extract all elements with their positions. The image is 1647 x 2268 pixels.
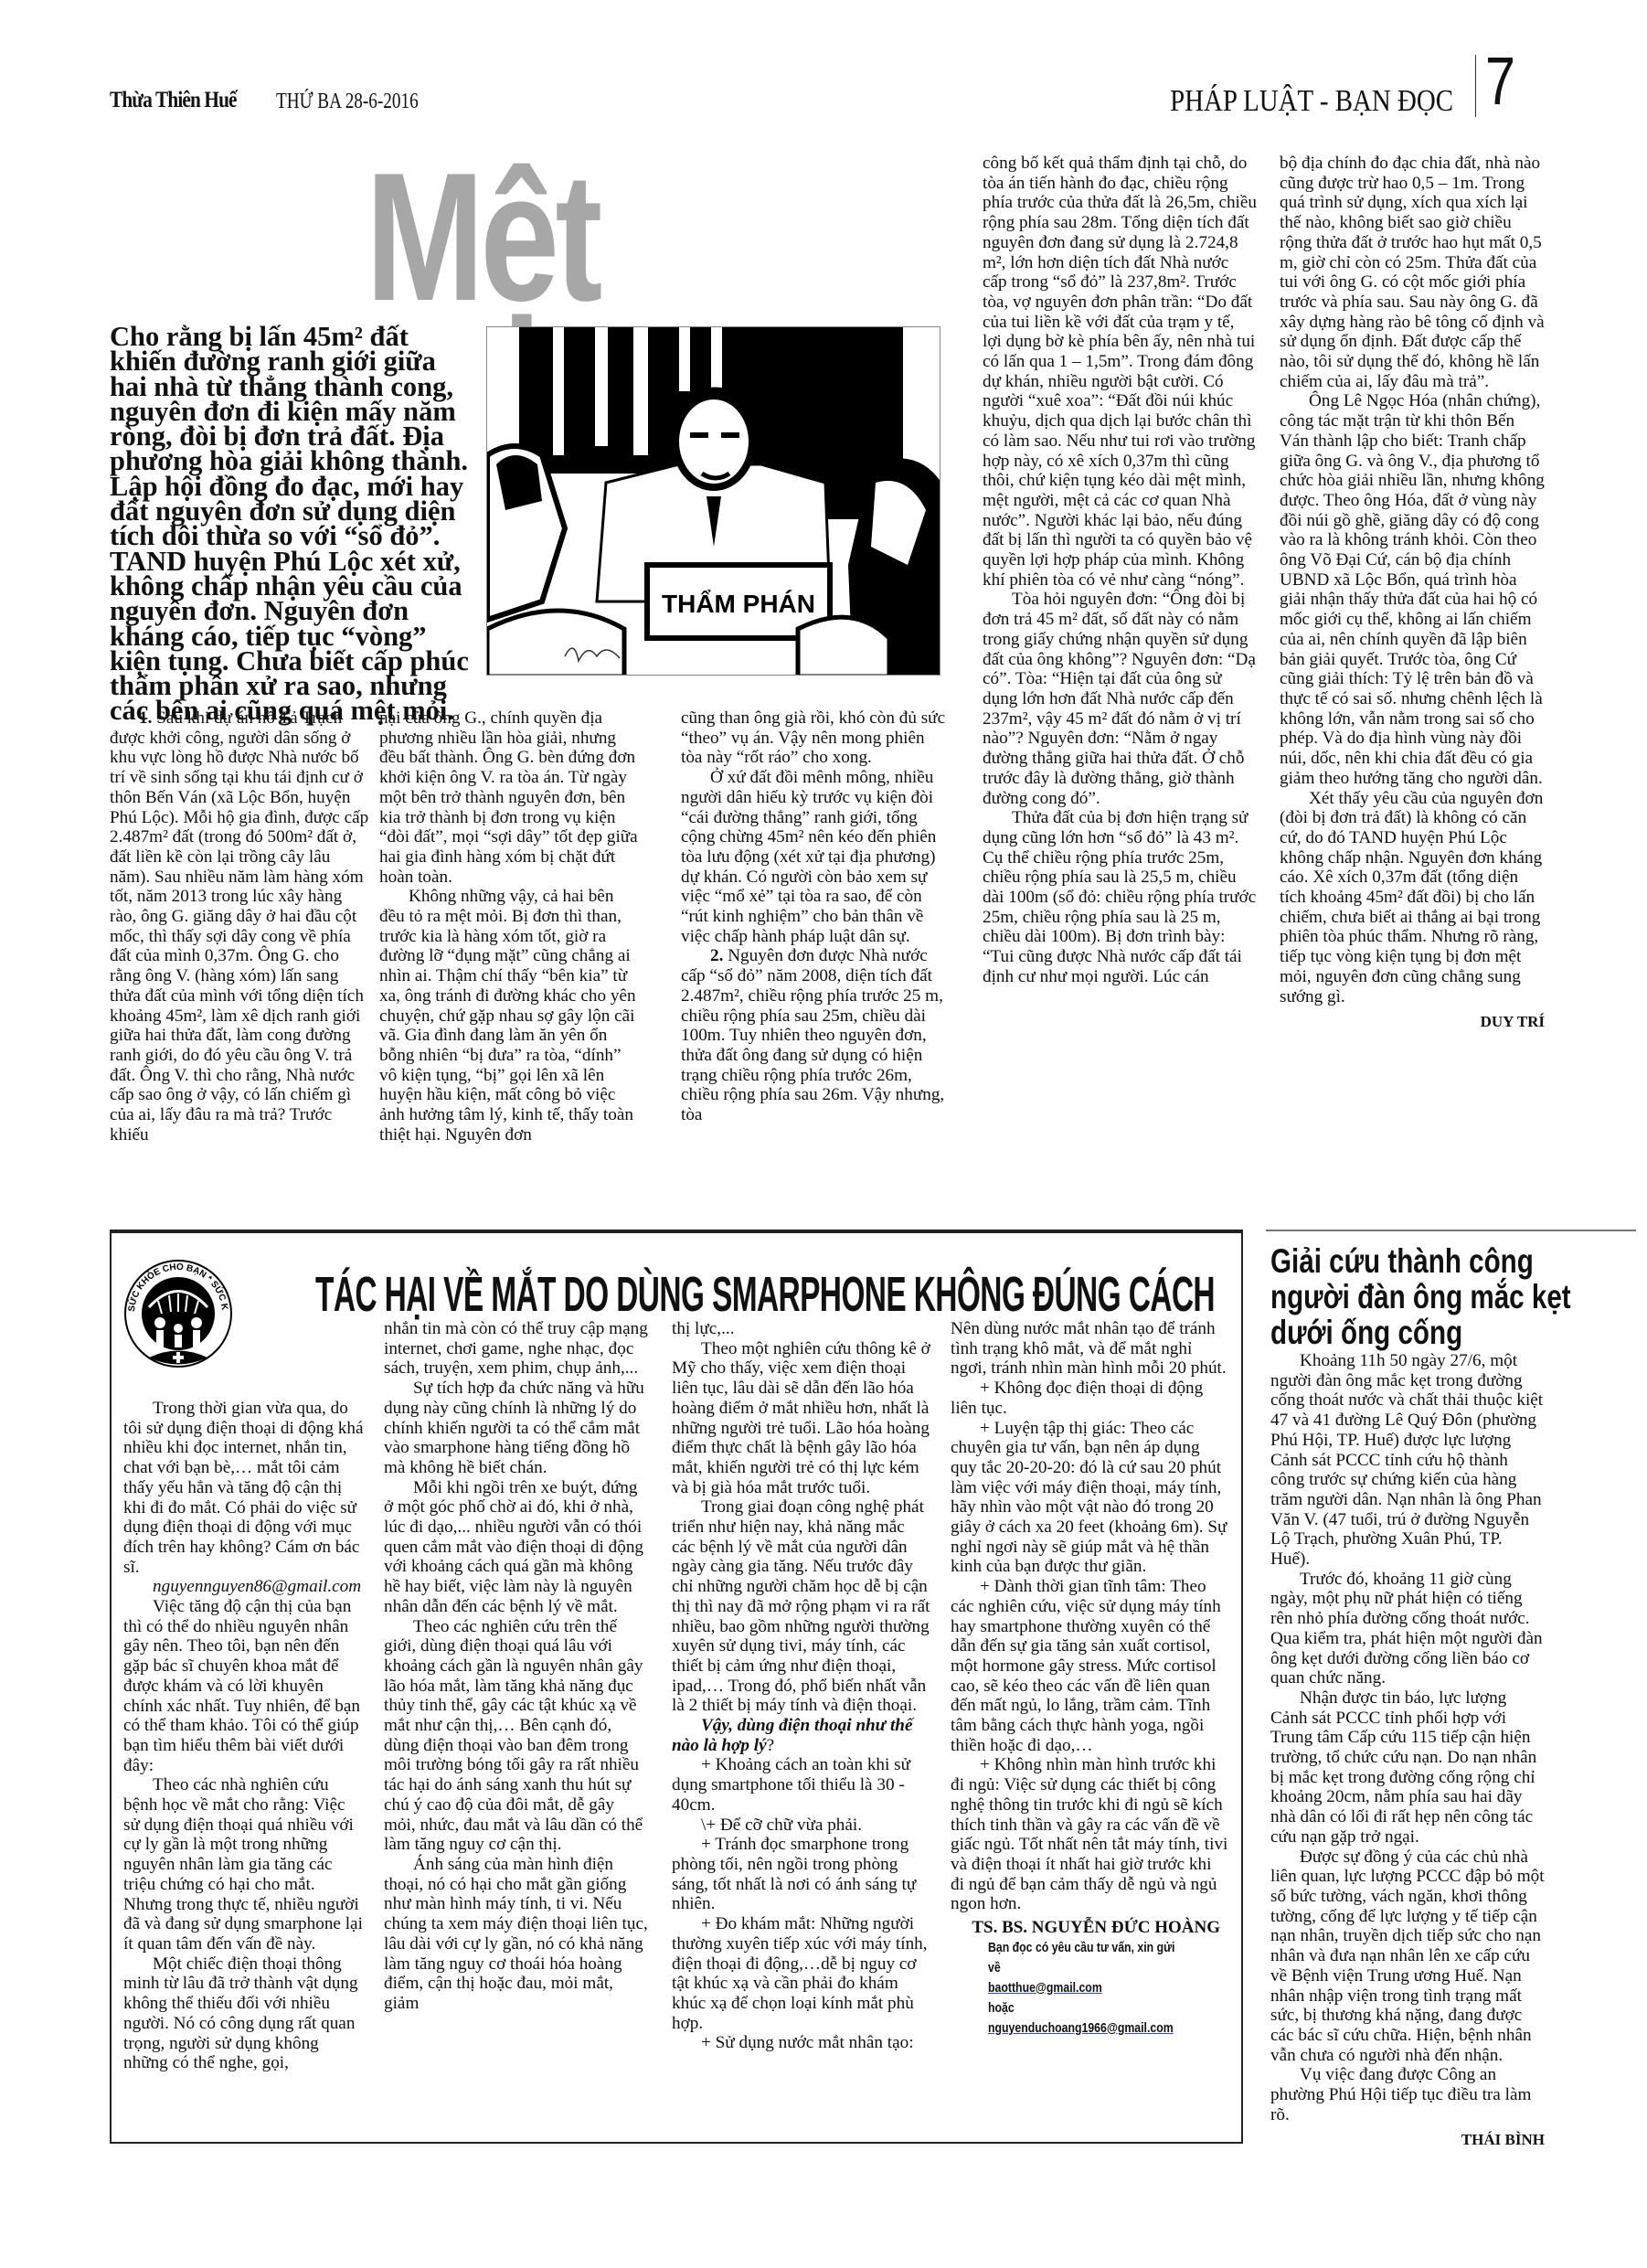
- newspaper-name: Thừa Thiên Huế: [110, 88, 237, 113]
- article-lead: Cho rằng bị lấn 45m² đất khiến đường ran…: [110, 325, 480, 724]
- article-paragraph: Trước đó, khoảng 11 giờ cùng ngày, một p…: [1270, 1570, 1545, 1688]
- article-paragraph: Được sự đồng ý của các chủ nhà liên quan…: [1270, 1847, 1545, 2066]
- health-column-1: Trong thời gian vừa qua, do tôi sử dụng …: [123, 1399, 366, 2073]
- health-column-4: Nên dùng nước mắt nhân tạo để tránh tình…: [951, 1319, 1229, 2039]
- page-number-divider: [1475, 55, 1476, 117]
- tip-item: \+ Để cỡ chữ vừa phải.: [672, 1815, 932, 1836]
- sidebar-author: THÁI BÌNH: [1270, 2130, 1545, 2150]
- article-paragraph: 2. Nguyên đơn được Nhà nước cấp “sổ đỏ” …: [681, 946, 946, 1124]
- court-illustration: THẨM PHÁN: [486, 326, 940, 676]
- tip-item: + Luyện tập thị giác: Theo các chuyên gi…: [951, 1419, 1229, 1578]
- page-number: 7: [1485, 48, 1515, 115]
- article-paragraph: nại của ông G., chính quyền địa phương n…: [379, 708, 640, 887]
- article-paragraph: Khoảng 11h 50 ngày 27/6, một người đàn ô…: [1270, 1351, 1545, 1570]
- tip-item: + Không nhìn màn hình trước khi đi ngủ: …: [951, 1755, 1229, 1914]
- contact-email-link[interactable]: baotthue@gmail.com: [988, 1978, 1179, 1998]
- article-paragraph: Tòa hỏi nguyên đơn: “Ông đòi bị đơn trả …: [983, 590, 1257, 808]
- article-paragraph: công bố kết quả thẩm định tại chỗ, do tò…: [983, 154, 1257, 590]
- sidebar-divider: [1266, 1230, 1636, 1231]
- article-paragraph: Thửa đất của bị đơn hiện trạng sử dụng c…: [983, 808, 1257, 986]
- family-health-logo-icon: SỨC KHỎE CHO BẠN * SỨC KHỎE CHO BẠN: [122, 1257, 236, 1371]
- answer-paragraph: thị lực,...: [672, 1319, 932, 1339]
- tips-heading: Vậy, dùng điện thoại như thế nào là hợp …: [672, 1716, 932, 1755]
- doctor-signature: TS. BS. NGUYỄN ĐỨC HOÀNG: [951, 1918, 1229, 1938]
- tip-item: Nên dùng nước mắt nhân tạo để tránh tình…: [951, 1319, 1229, 1379]
- article-paragraph: Xét thấy yêu cầu của nguyên đơn (đòi bị …: [1280, 789, 1545, 1007]
- article-column-1: 1. Sau khi dự án hồ Tả Trạch được khởi c…: [110, 708, 370, 1145]
- article-column-5: bộ địa chính đo đạc chia đất, nhà nào cũ…: [1280, 154, 1545, 1032]
- answer-paragraph: Việc tăng độ cận thị của bạn thì có thể …: [123, 1597, 366, 1775]
- answer-paragraph: Theo các nhà nghiên cứu bệnh học về mắt …: [123, 1775, 366, 1954]
- article-paragraph: 1. Sau khi dự án hồ Tả Trạch được khởi c…: [110, 708, 370, 1145]
- article-paragraph: cũng than ông già rồi, khó còn đủ sức “t…: [681, 708, 946, 768]
- health-column-logo: SỨC KHỎE CHO BẠN * SỨC KHỎE CHO BẠN: [122, 1257, 236, 1371]
- contact-info: Bạn đọc có yêu cầu tư vấn, xin gửi về ba…: [951, 1938, 1179, 2039]
- sidebar-article-title: Giải cứu thành công người đàn ông mắc kẹ…: [1270, 1243, 1563, 1350]
- health-article-title: TÁC HẠI VỀ MẮT DO DÙNG SMARPHONE KHÔNG Đ…: [315, 1266, 1215, 1323]
- contact-instruction: Bạn đọc có yêu cầu tư vấn, xin gửi về: [988, 1938, 1179, 1978]
- answer-paragraph: Theo các nghiên cứu trên thế giới, dùng …: [384, 1617, 649, 1855]
- article-author: DUY TRÍ: [1280, 1012, 1545, 1032]
- answer-paragraph: Sự tích hợp đa chức năng và hữu dụng này…: [384, 1379, 649, 1478]
- reader-email: nguyennguyen86@gmail.com: [123, 1577, 366, 1597]
- article-paragraph: Ở xứ đất đồi mênh mông, nhiều người dân …: [681, 768, 946, 946]
- answer-paragraph: Ánh sáng của màn hình điện thoại, nó có …: [384, 1855, 649, 2014]
- sidebar-article-body: Khoảng 11h 50 ngày 27/6, một người đàn ô…: [1270, 1351, 1545, 2150]
- article-paragraph: Không những vậy, cả hai bên đều tỏ ra mệ…: [379, 887, 640, 1145]
- article-paragraph: bộ địa chính đo đạc chia đất, nhà nào cũ…: [1280, 154, 1545, 391]
- tip-item: + Đo khám mắt: Những người thường xuyên …: [672, 1914, 932, 2033]
- article-title: Mệt: [366, 146, 599, 329]
- answer-paragraph: nhắn tin mà còn có thể truy cập mạng int…: [384, 1319, 649, 1379]
- tip-item: + Tránh đọc smarphone trong phòng tối, n…: [672, 1835, 932, 1914]
- tip-item: + Dành thời gian tĩnh tâm: Theo các nghi…: [951, 1577, 1229, 1755]
- judge-sign-text: THẨM PHÁN: [662, 590, 815, 618]
- answer-paragraph: Trong giai đoạn công nghệ phát triển như…: [672, 1497, 932, 1716]
- answer-paragraph: Theo một nghiên cứu thông kê ở Mỹ cho th…: [672, 1339, 932, 1498]
- article-column-4: công bố kết quả thẩm định tại chỗ, do tò…: [983, 154, 1257, 987]
- issue-date: THỨ BA 28-6-2016: [276, 90, 419, 114]
- article-paragraph: Ông Lê Ngọc Hóa (nhân chứng), công tác m…: [1280, 391, 1545, 788]
- section-title: PHÁP LUẬT - BẠN ĐỌC: [1142, 84, 1453, 119]
- tip-item: + Khoảng cách an toàn khi sử dụng smartp…: [672, 1755, 932, 1815]
- article-column-3: cũng than ông già rồi, khó còn đủ sức “t…: [681, 708, 946, 1125]
- article-paragraph: Vụ việc đang được Công an phường Phú Hội…: [1270, 2065, 1545, 2124]
- answer-paragraph: Mỗi khi ngồi trên xe buýt, đứng ở một gó…: [384, 1478, 649, 1617]
- tip-item: + Không đọc điện thoại di động liên tục.: [951, 1379, 1229, 1418]
- judge-cartoon-icon: THẨM PHÁN: [487, 327, 940, 676]
- health-column-2: nhắn tin mà còn có thể truy cập mạng int…: [384, 1319, 649, 2014]
- article-paragraph: Nhận được tin báo, lực lượng Cảnh sát PC…: [1270, 1688, 1545, 1847]
- tip-item: + Sử dụng nước mắt nhân tạo:: [672, 2033, 932, 2053]
- article-column-2: nại của ông G., chính quyền địa phương n…: [379, 708, 640, 1145]
- question-paragraph: Trong thời gian vừa qua, do tôi sử dụng …: [123, 1399, 366, 1577]
- health-column-3: thị lực,... Theo một nghiên cứu thông kê…: [672, 1319, 932, 2053]
- answer-paragraph: Một chiếc điện thoại thông minh từ lâu đ…: [123, 1954, 366, 2073]
- doctor-email-link[interactable]: nguyenduchoang1966@gmail.com: [988, 2020, 1174, 2036]
